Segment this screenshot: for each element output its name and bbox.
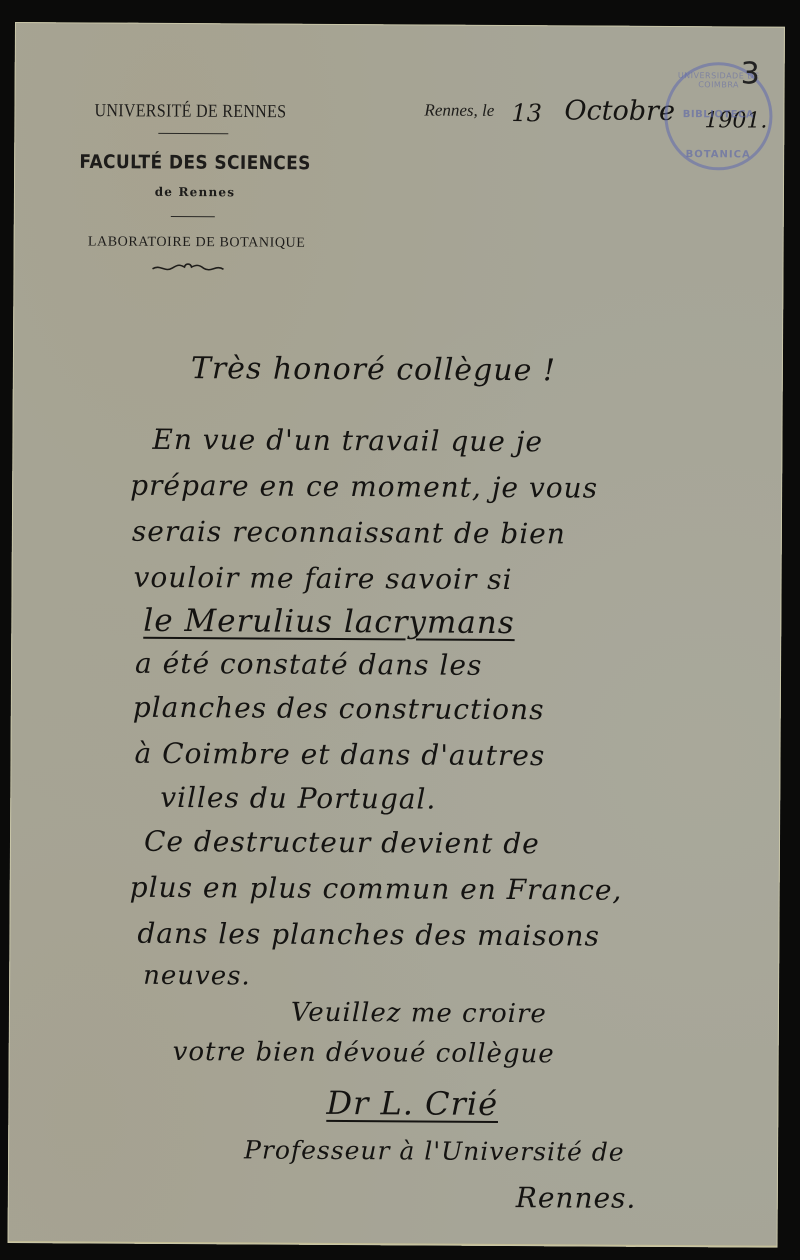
body-line: serais reconnaissant de bien [132, 515, 566, 551]
body-line: planches des constructions [133, 691, 545, 727]
letterhead-divider [158, 133, 228, 134]
body-line: prépare en ce moment, je vous [130, 469, 598, 505]
body-line: dans les planches des maisons [137, 917, 600, 953]
body-line: En vue d'un travail que je [152, 423, 543, 458]
body-line: a été constaté dans les [135, 647, 483, 682]
body-line-species: le Merulius lacrymans [143, 603, 515, 641]
body-line: vouloir me faire savoir si [134, 561, 513, 596]
letterhead-divider-small [171, 216, 215, 217]
salutation: Très honoré collègue ! [191, 351, 556, 388]
date-day: 13 [511, 99, 542, 127]
date-printed-prefix: Rennes, le [424, 101, 494, 121]
title-line: Rennes. [516, 1181, 637, 1215]
date-month: Octobre [564, 95, 675, 127]
letterhead-laboratory: LABORATOIRE DE BOTANIQUE [42, 234, 352, 252]
closing-line: votre bien dévoué collègue [173, 1037, 555, 1069]
flourish-ornament-icon [150, 261, 225, 275]
body-line: villes du Portugal. [160, 781, 436, 816]
letterhead-faculty: FACULTÉ DES SCIENCES [60, 151, 330, 175]
letter-page: UNIVERSITÉ DE RENNES FACULTÉ DES SCIENCE… [8, 22, 785, 1248]
signature: Dr L. Crié [326, 1084, 498, 1123]
body-line: à Coimbre et dans d'autres [134, 737, 545, 773]
stamp-center-text: BIBLIOTECA [667, 109, 769, 121]
closing-line: Veuillez me croire [291, 998, 547, 1030]
folio-number: 3 [741, 56, 760, 91]
body-line: Ce destructeur devient de [144, 825, 540, 860]
letterhead-university: UNIVERSITÉ DE RENNES [80, 101, 300, 123]
title-line: Professeur à l'Université de [244, 1135, 625, 1166]
stamp-bottom-text: BOTANICA [667, 149, 769, 161]
letterhead-city: de Rennes [110, 185, 280, 200]
body-line: neuves. [143, 961, 251, 992]
body-line: plus en plus commun en France, [130, 871, 623, 907]
